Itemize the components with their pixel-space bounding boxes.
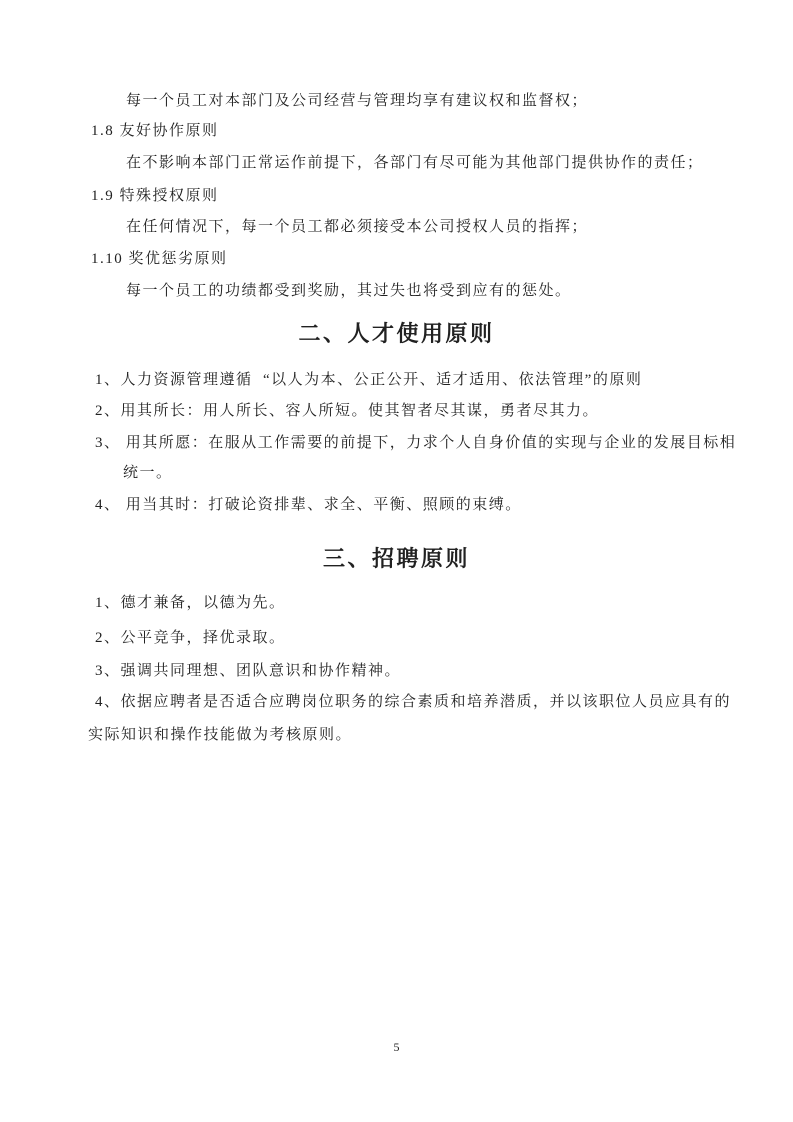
clause-1-8: 1.8 友好协作原则	[91, 123, 219, 140]
list-item: 4、 用当其时：打破论资排辈、求全、平衡、照顾的束缚。	[95, 497, 522, 514]
list-item: 1、德才兼备，以德为先。	[95, 595, 286, 612]
section-2-heading: 二、人才使用原则	[0, 319, 793, 349]
page-number: 5	[0, 1040, 793, 1055]
list-item: 2、用其所长：用人所长、容人所短。使其智者尽其谋，勇者尽其力。	[95, 403, 599, 420]
list-item-wrap: 统一。	[123, 465, 173, 482]
paragraph-line: 在任何情况下，每一个员工都必须接受本公司授权人员的指挥；	[126, 219, 588, 236]
list-item: 1、人力资源管理遵循 “以人为本、公正公开、适才适用、依法管理”的原则	[95, 372, 642, 389]
clause-1-9: 1.9 特殊授权原则	[91, 188, 219, 205]
section-3-heading: 三、招聘原则	[0, 544, 793, 574]
paragraph-line: 每一个员工的功绩都受到奖励，其过失也将受到应有的惩处。	[126, 283, 572, 300]
document-page: 每一个员工对本部门及公司经营与管理均享有建议权和监督权； 1.8 友好协作原则 …	[0, 0, 793, 1122]
list-item: 4、依据应聘者是否适合应聘岗位职务的综合素质和培养潜质，并以该职位人员应具有的	[95, 694, 731, 711]
list-item: 3、强调共同理想、团队意识和协作精神。	[95, 663, 401, 680]
list-item: 2、公平竞争，择优录取。	[95, 630, 286, 647]
paragraph-line: 每一个员工对本部门及公司经营与管理均享有建议权和监督权；	[126, 93, 588, 110]
clause-1-10: 1.10 奖优惩劣原则	[91, 251, 228, 268]
list-item-wrap: 实际知识和操作技能做为考核原则。	[88, 727, 352, 744]
list-item: 3、 用其所愿：在服从工作需要的前提下，力求个人自身价值的实现与企业的发展目标相	[95, 435, 736, 452]
paragraph-line: 在不影响本部门正常运作前提下，各部门有尽可能为其他部门提供协作的责任；	[126, 155, 704, 172]
